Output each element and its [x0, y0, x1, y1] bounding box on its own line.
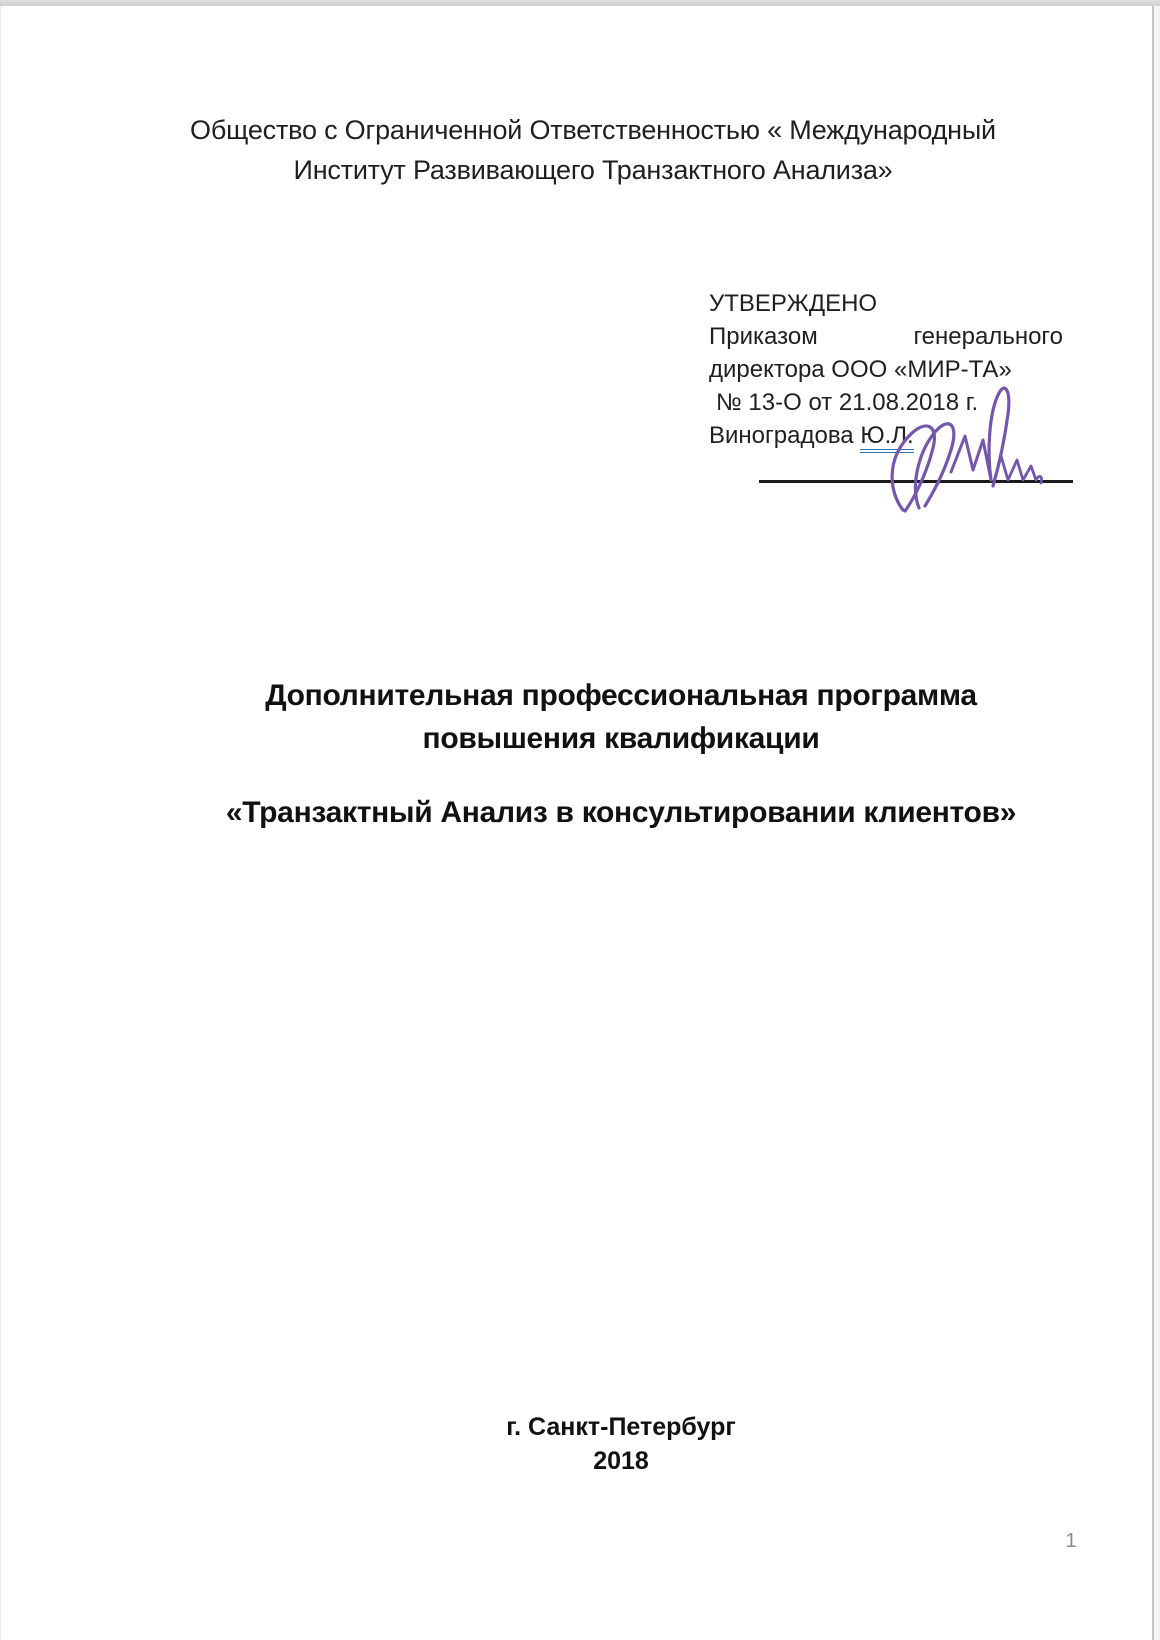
organization-name-line1: Общество с Ограниченной Ответственностью…	[31, 110, 1155, 150]
footer-block: г. Санкт-Петербург 2018	[86, 1410, 1156, 1478]
approved-label: УТВЕРЖДЕНО	[709, 287, 1063, 320]
program-subtitle: «Транзактный Анализ в консультировании к…	[86, 791, 1156, 834]
program-title-line1: Дополнительная профессиональная программ…	[86, 674, 1156, 717]
approval-order-word-right: генерального	[913, 320, 1063, 353]
handwritten-signature-icon	[881, 380, 1061, 520]
page-number: 1	[1053, 1530, 1089, 1553]
document-viewer: Общество с Ограниченной Ответственностью…	[0, 0, 1160, 1640]
approval-order-line: Приказом генерального	[709, 320, 1063, 353]
footer-year: 2018	[86, 1444, 1156, 1478]
signer-surname: Виноградова	[709, 422, 854, 449]
organization-name-line2: Институт Развивающего Транзактного Анали…	[31, 150, 1155, 190]
window-top-bar	[0, 0, 1160, 6]
approval-order-word-left: Приказом	[709, 320, 818, 353]
organization-header: Общество с Ограниченной Ответственностью…	[31, 110, 1155, 190]
program-title: Дополнительная профессиональная программ…	[86, 674, 1156, 760]
program-title-line2: повышения квалификации	[86, 717, 1156, 760]
footer-city: г. Санкт-Петербург	[86, 1410, 1156, 1444]
document-page[interactable]: Общество с Ограниченной Ответственностью…	[0, 6, 1154, 1640]
